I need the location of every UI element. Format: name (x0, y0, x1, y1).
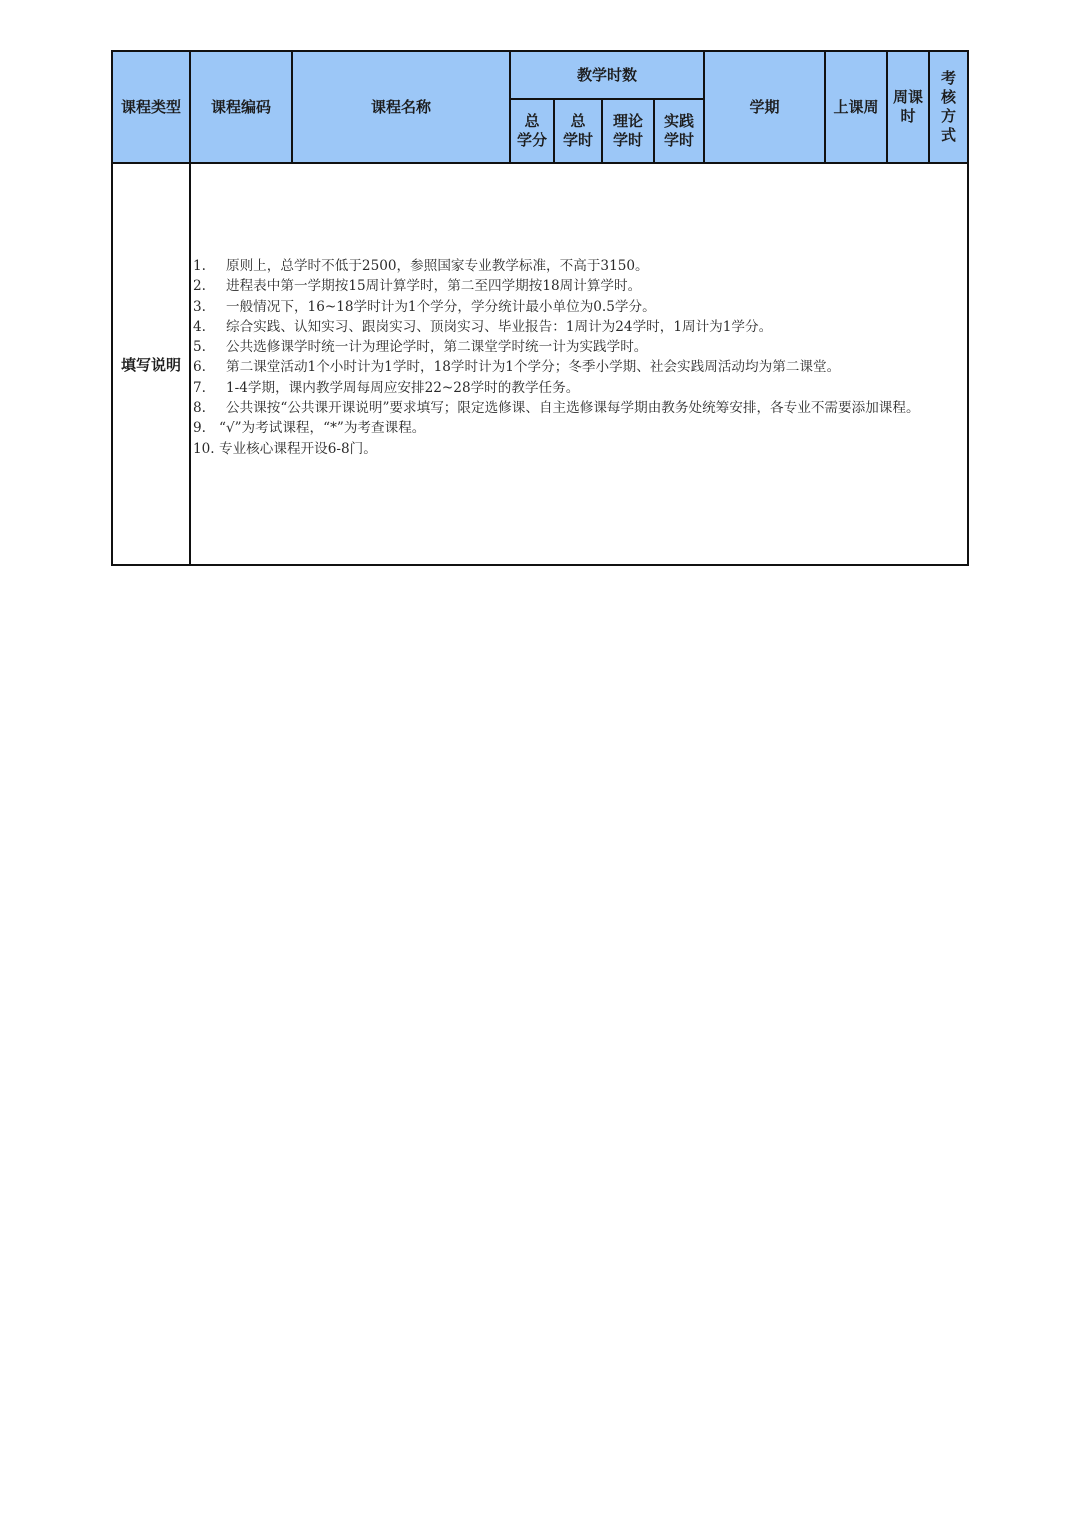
header-total-credits: 总 学分 (510, 99, 554, 163)
header-assessment-line1: 考 (941, 69, 956, 87)
note-number: 1. (193, 256, 226, 276)
note-item: 7.1-4学期，课内教学周每周应安排22~28学时的教学任务。 (193, 378, 965, 398)
header-course-type: 课程类型 (112, 51, 190, 163)
header-practice-hours: 实践 学时 (654, 99, 704, 163)
header-teaching-weeks: 上课周 (825, 51, 887, 163)
header-assessment-method: 考 核 方 式 (929, 51, 968, 163)
note-number: 9. (193, 418, 219, 438)
note-item: 1.原则上，总学时不低于2500，参照国家专业教学标准，不高于3150。 (193, 256, 965, 276)
note-item: 6.第二课堂活动1个小时计为1学时，18学时计为1个学分；冬季小学期、社会实践周… (193, 357, 965, 377)
note-text: 第二课堂活动1个小时计为1学时，18学时计为1个学分；冬季小学期、社会实践周活动… (226, 359, 840, 375)
header-total-credits-line2: 学分 (517, 131, 547, 149)
note-number: 5. (193, 337, 226, 357)
note-item: 4.综合实践、认知实习、跟岗实习、顶岗实习、毕业报告：1周计为24学时，1周计为… (193, 317, 965, 337)
header-weekly-hours-line2: 时 (901, 107, 916, 125)
note-text: 一般情况下，16~18学时计为1个学分，学分统计最小单位为0.5学分。 (226, 299, 656, 315)
header-course-code: 课程编码 (190, 51, 292, 163)
header-assessment-line3: 方 (941, 107, 956, 125)
header-total-hours: 总 学时 (554, 99, 602, 163)
header-practice-hours-line1: 实践 (664, 112, 694, 130)
note-item: 8.公共课按“公共课开课说明”要求填写；限定选修课、自主选修课每学期由教务处统筹… (193, 398, 965, 418)
header-total-hours-line1: 总 (570, 112, 585, 130)
header-total-credits-line1: 总 (524, 112, 539, 130)
header-practice-hours-line2: 学时 (664, 131, 694, 149)
header-total-hours-line2: 学时 (563, 131, 593, 149)
note-text: 进程表中第一学期按15周计算学时，第二至四学期按18周计算学时。 (226, 278, 641, 294)
note-item: 10.专业核心课程开设6-8门。 (193, 439, 965, 459)
note-number: 10. (193, 439, 219, 459)
header-assessment-line2: 核 (941, 88, 956, 106)
note-item: 9.“√”为考试课程，“*”为考查课程。 (193, 418, 965, 438)
course-plan-table: 课程类型 课程编码 课程名称 教学时数 学期 上课周 周课 时 考 核 方 式 … (111, 50, 969, 566)
note-number: 4. (193, 317, 226, 337)
header-theory-hours: 理论 学时 (602, 99, 654, 163)
document-page: 课程类型 课程编码 课程名称 教学时数 学期 上课周 周课 时 考 核 方 式 … (111, 50, 967, 566)
note-number: 6. (193, 357, 226, 377)
header-weekly-hours-line1: 周课 (893, 88, 923, 106)
note-text: 公共选修课学时统一计为理论学时，第二课堂学时统一计为实践学时。 (226, 339, 647, 355)
header-semester: 学期 (704, 51, 825, 163)
note-item: 5.公共选修课学时统一计为理论学时，第二课堂学时统一计为实践学时。 (193, 337, 965, 357)
header-weekly-hours: 周课 时 (887, 51, 929, 163)
note-text: 综合实践、认知实习、跟岗实习、顶岗实习、毕业报告：1周计为24学时，1周计为1学… (226, 319, 772, 335)
header-theory-hours-line1: 理论 (613, 112, 643, 130)
note-item: 3.一般情况下，16~18学时计为1个学分，学分统计最小单位为0.5学分。 (193, 297, 965, 317)
notes-label: 填写说明 (112, 163, 190, 565)
note-number: 8. (193, 398, 226, 418)
note-item: 2.进程表中第一学期按15周计算学时，第二至四学期按18周计算学时。 (193, 276, 965, 296)
note-text: “√”为考试课程，“*”为考查课程。 (219, 420, 425, 436)
header-course-name: 课程名称 (292, 51, 510, 163)
note-number: 7. (193, 378, 226, 398)
header-theory-hours-line2: 学时 (613, 131, 643, 149)
header-teaching-hours-group: 教学时数 (510, 51, 704, 99)
note-number: 2. (193, 276, 226, 296)
note-text: 公共课按“公共课开课说明”要求填写；限定选修课、自主选修课每学期由教务处统筹安排… (226, 400, 920, 416)
notes-content-cell: 1.原则上，总学时不低于2500，参照国家专业教学标准，不高于3150。 2.进… (190, 163, 968, 565)
note-text: 专业核心课程开设6-8门。 (219, 441, 377, 457)
note-text: 1-4学期，课内教学周每周应安排22~28学时的教学任务。 (226, 380, 579, 396)
notes-list: 1.原则上，总学时不低于2500，参照国家专业教学标准，不高于3150。 2.进… (191, 256, 967, 459)
header-assessment-line4: 式 (941, 126, 956, 144)
note-text: 原则上，总学时不低于2500，参照国家专业教学标准，不高于3150。 (226, 258, 649, 274)
note-number: 3. (193, 297, 226, 317)
